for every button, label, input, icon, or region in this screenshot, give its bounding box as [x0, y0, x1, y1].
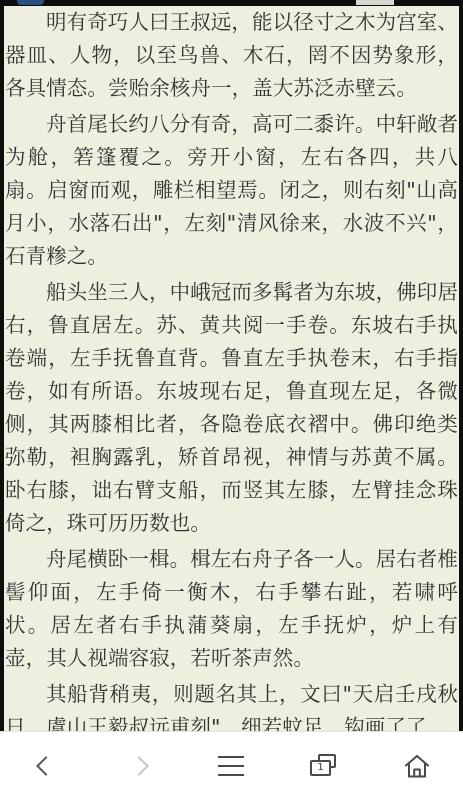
forward-chevron-icon: [129, 756, 149, 776]
forward-button[interactable]: [109, 736, 169, 796]
article-paragraph-4: 舟尾横卧一楫。楫左右舟子各一人。居右者椎髻仰面，左手倚一衡木，右手攀右趾，若啸呼…: [5, 543, 458, 675]
article-paragraph-3: 船头坐三人，中峨冠而多髯者为东坡，佛印居右，鲁直居左。苏、黄共阅一手卷。东坡右手…: [5, 276, 458, 540]
article-paragraph-5: 其船背稍夷，则题名其上，文曰"天启壬戌秋日，虞山王毅叔远甫刻"，细若蚊足，钩画了…: [5, 678, 458, 732]
article-scroll-area[interactable]: 明有奇巧人曰王叔远，能以径寸之木为宫室、器皿、人物，以至鸟兽、木石，罔不因势象形…: [0, 6, 463, 732]
menu-icon: [218, 756, 244, 776]
toolbar-blue-button-remnant: [17, 0, 44, 5]
toolbar-gray-button-remnant: [356, 0, 394, 5]
home-button[interactable]: [387, 736, 447, 796]
menu-button[interactable]: [201, 736, 261, 796]
tab-front-card: 1: [310, 760, 331, 776]
article-paragraph-2: 舟首尾长约八分有奇，高可二黍许。中轩敞者为舱，箬篷覆之。旁开小窗，左右各四，共八…: [5, 108, 458, 273]
browser-bottom-navbar: 1: [0, 731, 463, 800]
browser-screen: 明有奇巧人曰王叔远，能以径寸之木为宫室、器皿、人物，以至鸟兽、木石，罔不因势象形…: [0, 0, 463, 800]
scrolled-toolbar-strip: [0, 0, 463, 6]
tab-count-badge: 1: [317, 763, 323, 773]
article-paragraph-1: 明有奇巧人曰王叔远，能以径寸之木为宫室、器皿、人物，以至鸟兽、木石，罔不因势象形…: [5, 6, 458, 105]
tabs-button[interactable]: 1: [294, 736, 354, 796]
back-chevron-icon: [36, 756, 56, 776]
tabs-icon: 1: [309, 753, 339, 780]
home-icon: [402, 752, 432, 781]
back-button[interactable]: [16, 736, 76, 796]
